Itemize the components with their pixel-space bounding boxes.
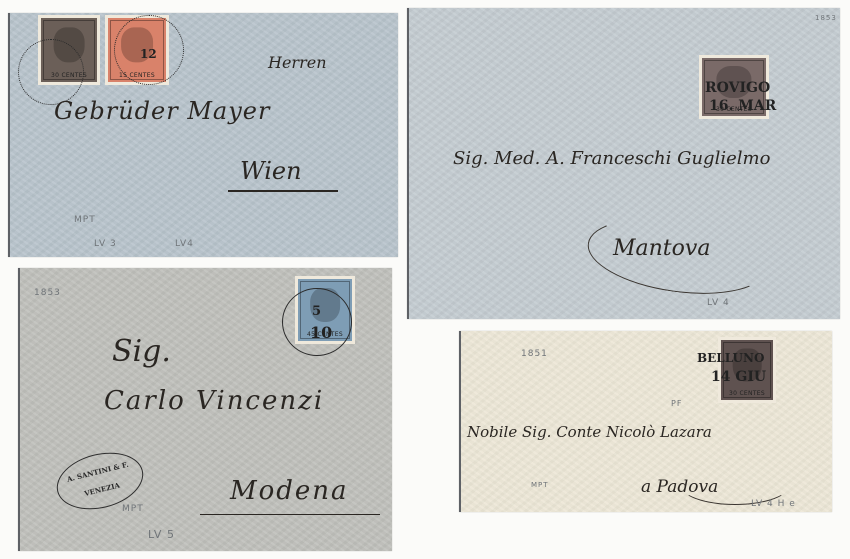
pencil-note: MPT — [122, 504, 144, 514]
address-line-2: Gebrüder Mayer — [54, 97, 270, 125]
cover-wien: 30 CENTES 15 CENTES 12 Herren Gebrüder M… — [8, 13, 398, 257]
cover-modena: 45 CENTES 5 10 1853 Sig. Carlo Vincenzi … — [18, 268, 392, 551]
postmark-day: 5 — [312, 304, 321, 319]
pencil-note: MPT — [531, 481, 549, 489]
pencil-note: PF — [671, 399, 682, 408]
address-city: a Padova — [641, 477, 718, 497]
pencil-note: 1851 — [521, 349, 548, 359]
postmark-month: 10 — [310, 323, 332, 342]
postmark-left — [18, 39, 84, 105]
address-line-2: Carlo Vincenzi — [104, 386, 324, 416]
postmark-date: 16. MAR — [709, 98, 776, 114]
stamp-value: 30 CENTES — [725, 390, 769, 397]
pencil-note: MPT — [74, 215, 96, 225]
city-underline — [200, 514, 380, 515]
city-underline — [228, 190, 338, 192]
address-city: Modena — [230, 476, 349, 506]
pencil-note: 1853 — [34, 288, 61, 298]
address-city: Mantova — [613, 236, 710, 261]
pencil-note: LV 3 — [94, 239, 117, 249]
cover-mantova: 30 CENTES ROVIGO 16. MAR 1853 Sig. Med. … — [407, 8, 840, 319]
address-city: Wien — [240, 157, 302, 185]
pencil-note: LV 4 — [707, 298, 730, 308]
pencil-note: LV4 — [175, 239, 194, 249]
postmark-town: ROVIGO — [705, 80, 770, 96]
postmark-date: 14 GIU — [711, 369, 766, 385]
pencil-note: 1853 — [815, 14, 837, 22]
postmark-town: BELLUNO — [697, 351, 764, 365]
address-line-1: Sig. Med. A. Franceschi Guglielmo — [453, 148, 770, 169]
address-line-1: Nobile Sig. Conte Nicolò Lazara — [467, 423, 712, 441]
pencil-note: LV 5 — [148, 528, 175, 541]
pencil-note: LV 4 H e — [751, 499, 796, 509]
cover-padova: 30 CENTES BELLUNO 14 GIU 1851 PF Nobile … — [459, 331, 832, 512]
postmark-round — [282, 288, 352, 356]
postmark-date: 12 — [140, 47, 157, 61]
address-line-1: Sig. — [112, 334, 171, 369]
address-line-1: Herren — [268, 53, 327, 72]
